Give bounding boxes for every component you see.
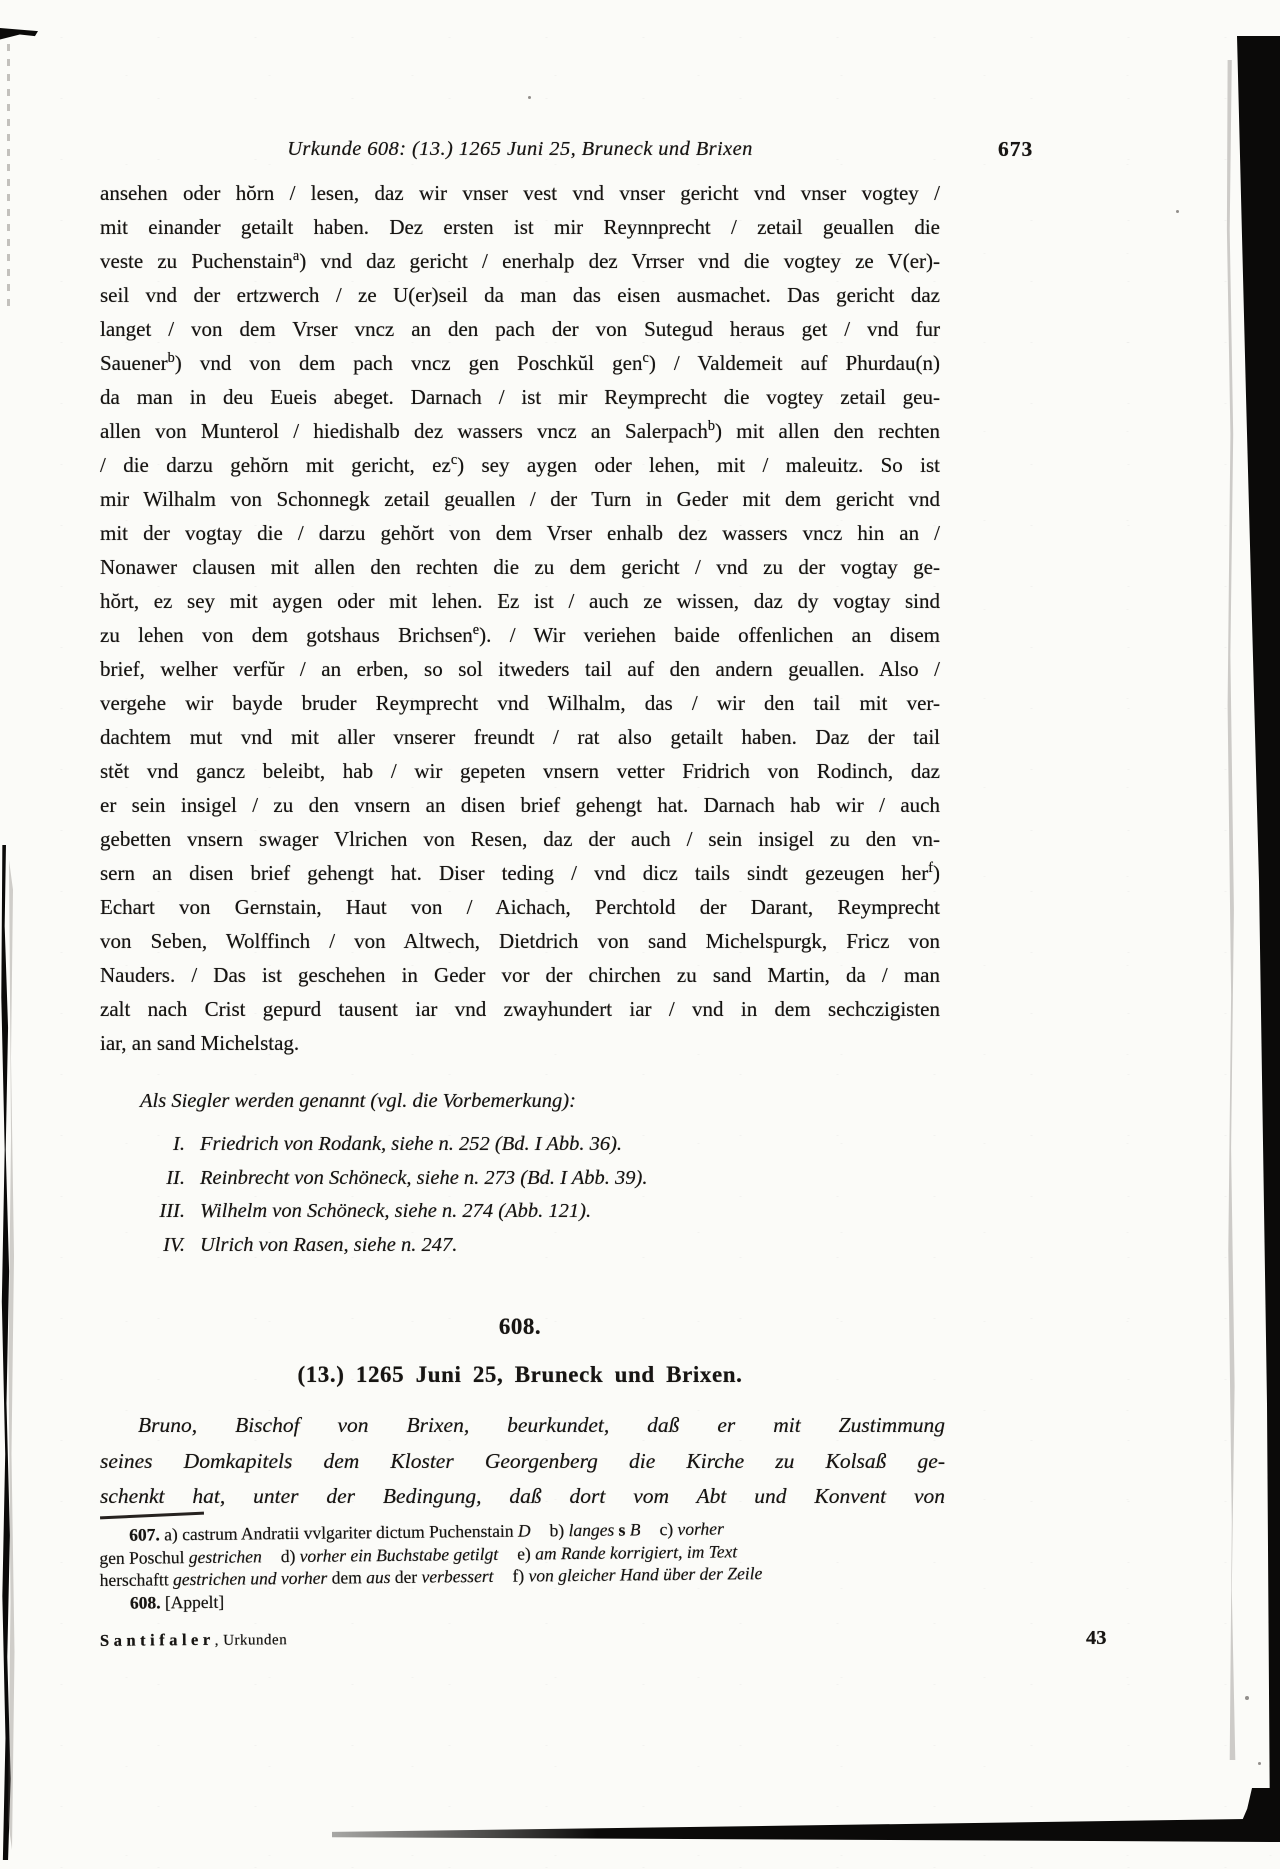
text-line: er sein insigel / zu den vnsern an disen… xyxy=(100,788,940,822)
scan-artifact-topleft-mark xyxy=(0,27,38,40)
text-line: langet / von dem Vrser vncz an den pach … xyxy=(100,312,940,346)
siegler-text: Ulrich von Rasen, siehe n. 247. xyxy=(200,1234,457,1256)
siegler-numeral: IV. xyxy=(100,1229,185,1263)
siegler-item: II.Reinbrecht von Schöneck, siehe n. 273… xyxy=(100,1162,940,1196)
scan-artifact-left-dots xyxy=(7,44,10,309)
entry-date-heading: (13.) 1265 Juni 25, Bruneck und Brixen. xyxy=(100,1362,940,1388)
footnote-segment: verbessert xyxy=(421,1566,493,1587)
text-line: gebetten vnsern swager Vlrichen von Rese… xyxy=(100,822,940,856)
siegler-list: I.Friedrich von Rodank, siehe n. 252 (Bd… xyxy=(100,1128,940,1262)
footnote-segment: vorher ein Buchstabe getilgt xyxy=(300,1543,499,1565)
scan-artifact-bottom-bar xyxy=(332,1818,1280,1842)
charter-transcription: ansehen oder hŏrn / lesen, daz wir vnser… xyxy=(100,176,940,1060)
text-line: Bruno, Bischof von Brixen, beurkundet, d… xyxy=(100,1408,945,1444)
text-line: mir Wilhalm von Schonnegk zetail geualle… xyxy=(100,482,940,516)
footnote-segment: e) xyxy=(517,1543,535,1563)
siegler-text: Wilhelm von Schöneck, siehe n. 274 (Abb.… xyxy=(200,1200,591,1222)
footnote-segment: vorher xyxy=(677,1518,724,1538)
running-title: Urkunde 608: (13.) 1265 Juni 25, Bruneck… xyxy=(100,138,940,161)
series-signature: Santifaler, Urkunden xyxy=(100,1629,287,1651)
siegler-item: I.Friedrich von Rodank, siehe n. 252 (Bd… xyxy=(100,1128,940,1162)
siegler-item: III.Wilhelm von Schöneck, siehe n. 274 (… xyxy=(100,1195,940,1229)
scan-speck xyxy=(1176,210,1179,213)
footnote-segment: dem xyxy=(327,1567,366,1587)
footnote-segment: der xyxy=(390,1567,421,1587)
footnote-segment: gestrichen und vorher xyxy=(173,1568,327,1590)
footnote-segment: langes xyxy=(568,1520,614,1540)
footnote-segment: gestrichen xyxy=(189,1546,262,1567)
footnote-segment: 608. xyxy=(130,1592,161,1612)
text-line: zu lehen von dem gotshaus Brichsene). / … xyxy=(100,618,940,652)
siegler-numeral: I. xyxy=(100,1128,185,1162)
siegler-text: Friedrich von Rodank, siehe n. 252 (Bd. … xyxy=(200,1133,622,1155)
text-line: mit der vogtay die / darzu gehŏrt von de… xyxy=(100,516,940,550)
footnote-segment: D xyxy=(518,1520,531,1540)
footnote-segment: aus xyxy=(366,1567,391,1587)
page-number: 673 xyxy=(998,137,1058,162)
footnote-segment: 607. xyxy=(129,1524,160,1544)
text-line: stĕt vnd gancz beleibt, hab / wir gepete… xyxy=(100,754,940,788)
footnote-segment: herschaftt xyxy=(100,1569,174,1590)
footnote-segment: gen Poschul xyxy=(99,1547,189,1568)
text-line: Nauders. / Das ist geschehen in Geder vo… xyxy=(100,958,940,992)
footnote-segment: [Appelt] xyxy=(160,1591,224,1612)
footnotes-block: 607. a) castrum Andratii vvlgariter dict… xyxy=(99,1515,945,1614)
text-line: brief, welher verfŭr / an erben, so sol … xyxy=(100,652,940,686)
text-line: seil vnd der ertzwerch / ze U(er)seil da… xyxy=(100,278,940,312)
series-rest: , Urkunden xyxy=(215,1632,288,1649)
text-line: dachtem mut vnd mit aller vnserer freund… xyxy=(100,720,940,754)
footnote-segment: a) castrum Andratii vvlgariter dictum Pu… xyxy=(160,1521,518,1545)
footnote-segment: von gleicher Hand über der Zeile xyxy=(528,1563,762,1585)
text-line: iar, an sand Michelstag. xyxy=(100,1026,940,1060)
scan-speck xyxy=(1258,1762,1261,1765)
text-line: Echart von Gernstain, Haut von / Aichach… xyxy=(100,890,940,924)
text-line: zalt nach Crist gepurd tausent iar vnd z… xyxy=(100,992,940,1026)
sheet-number: 43 xyxy=(1086,1627,1107,1650)
text-line: von Seben, Wolffinch / von Altwech, Diet… xyxy=(100,924,940,958)
series-name: Santifaler xyxy=(100,1630,215,1650)
scan-artifact-left-shadow xyxy=(7,860,17,1850)
scan-speck xyxy=(286,1466,289,1469)
text-line: sern an disen brief gehengt hat. Diser t… xyxy=(100,856,940,890)
scanned-book-page: { "header": { "running_title": "Urkunde … xyxy=(0,0,1280,1869)
footnote-segment: d) xyxy=(281,1545,300,1565)
scan-artifact-corner-blob xyxy=(1240,1788,1280,1840)
text-line: vergehe wir bayde bruder Reymprecht vnd … xyxy=(100,686,940,720)
text-line: allen von Munterol / hiedishalb dez wass… xyxy=(100,414,940,448)
text-line: mit einander getailt haben. Dez ersten i… xyxy=(100,210,940,244)
footnote-segment: c) xyxy=(659,1519,677,1539)
scan-speck xyxy=(1245,1696,1249,1700)
text-line: seines Domkapitels dem Kloster Georgenbe… xyxy=(100,1444,945,1480)
siegler-intro: Als Siegler werden genannt (vgl. die Vor… xyxy=(140,1090,940,1113)
siegler-numeral: III. xyxy=(100,1195,185,1229)
entry-summary: Bruno, Bischof von Brixen, beurkundet, d… xyxy=(100,1408,945,1515)
text-line: Nonawer clausen mit allen den rechten di… xyxy=(100,550,940,584)
scan-artifact-right-bar xyxy=(1230,36,1280,1836)
footnote-segment: am Rande korrigiert, im Text xyxy=(535,1541,737,1563)
text-line: Sauenerb) vnd von dem pach vncz gen Posc… xyxy=(100,346,940,380)
siegler-text: Reinbrecht von Schöneck, siehe n. 273 (B… xyxy=(200,1167,647,1189)
footnote-segment: b) xyxy=(549,1520,568,1540)
scan-artifact-right-fringe xyxy=(1222,60,1236,1760)
text-line: veste zu Puchenstaina) vnd daz gericht /… xyxy=(100,244,940,278)
text-line: schenkt hat, unter der Bedingung, daß do… xyxy=(100,1479,945,1515)
siegler-numeral: II. xyxy=(100,1162,185,1196)
text-line: da man in deu Eueis abeget. Darnach / is… xyxy=(100,380,940,414)
text-line: hŏrt, ez sey mit aygen oder mit lehen. E… xyxy=(100,584,940,618)
scan-speck xyxy=(528,96,531,99)
footnote-segment: f) xyxy=(512,1566,528,1586)
entry-number-heading: 608. xyxy=(100,1314,940,1340)
footnote-segment: B xyxy=(630,1519,641,1539)
siegler-item: IV.Ulrich von Rasen, siehe n. 247. xyxy=(100,1229,940,1263)
scan-artifact-left-streak xyxy=(0,845,13,1860)
text-line: / die darzu gehŏrn mit gericht, ezc) sey… xyxy=(100,448,940,482)
text-line: ansehen oder hŏrn / lesen, daz wir vnser… xyxy=(100,176,940,210)
